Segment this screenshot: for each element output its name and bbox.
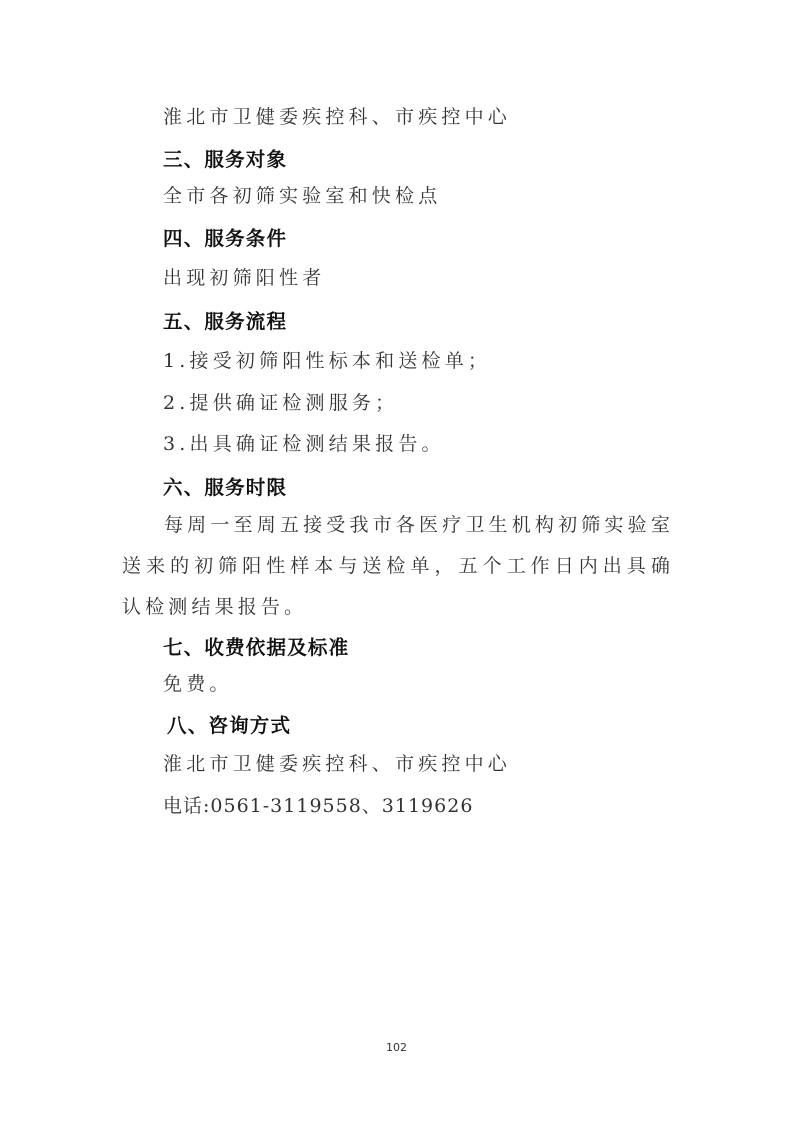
process-step-1: 1.接受初筛阳性标本和送检单； bbox=[163, 349, 491, 373]
time-limit-paragraph: 每周一至周五接受我市各医疗卫生机构初筛实验室送来的初筛阳性样本与送检单，五个工作… bbox=[122, 505, 674, 628]
page-number: 102 bbox=[0, 1041, 793, 1054]
fee-text: 免费。 bbox=[163, 672, 233, 696]
process-step-2: 2.提供确证检测服务； bbox=[163, 391, 398, 415]
dept-line: 淮北市卫健委疾控科、市疾控中心 bbox=[163, 105, 511, 129]
phone-line: 电话:0561-3119558、3119626 bbox=[163, 794, 473, 818]
process-step-3: 3.出具确证检测结果报告。 bbox=[163, 432, 445, 456]
heading-service-process: 五、服务流程 bbox=[163, 310, 287, 334]
service-target-text: 全市各初筛实验室和快检点 bbox=[163, 184, 441, 208]
heading-service-target: 三、服务对象 bbox=[163, 148, 287, 172]
heading-service-time-limit: 六、服务时限 bbox=[163, 476, 287, 500]
heading-consultation: 八、咨询方式 bbox=[167, 714, 291, 738]
heading-fee-basis: 七、收费依据及标准 bbox=[163, 636, 349, 660]
consultation-dept-line: 淮北市卫健委疾控科、市疾控中心 bbox=[163, 752, 511, 776]
heading-service-conditions: 四、服务条件 bbox=[163, 227, 287, 251]
service-conditions-text: 出现初筛阳性者 bbox=[163, 266, 325, 290]
